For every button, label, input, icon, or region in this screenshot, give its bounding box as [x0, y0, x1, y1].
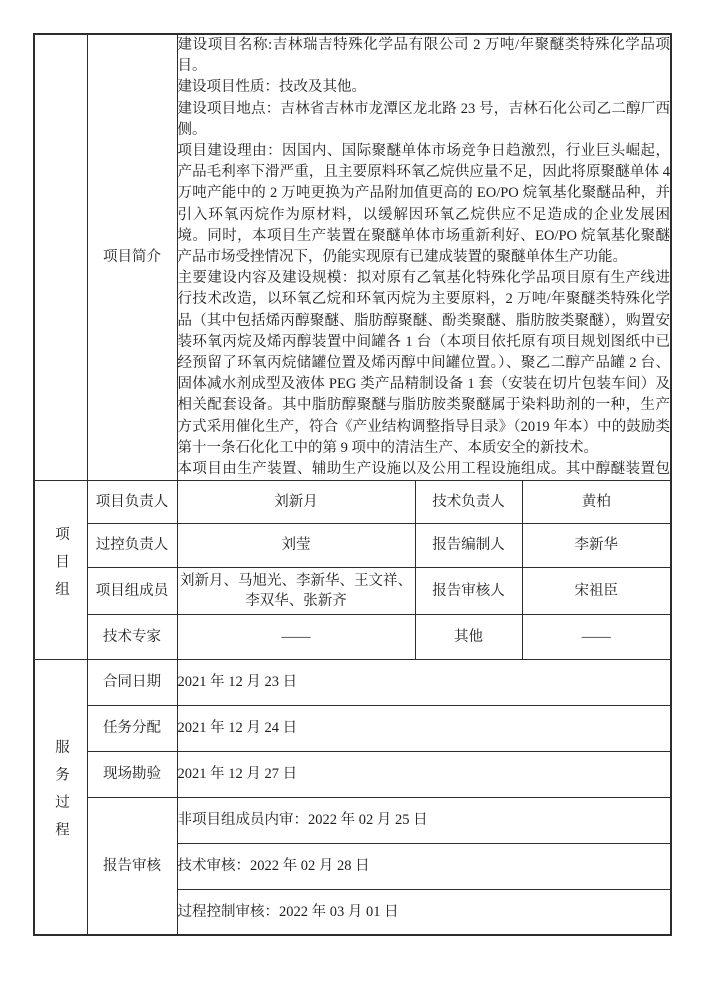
brief-paragraph-construction-scope: 主要建设内容及建设规模：拟对原有乙氧基化特殊化学品项目原有生产线进行技术改造，以…	[178, 268, 671, 459]
team-label-report-reviewer: 报告审核人	[415, 567, 522, 614]
service-row-review-internal: 报告审核 非项目组成员内审：2022 年 02 月 25 日	[34, 797, 671, 843]
service-label-report-review: 报告审核	[87, 797, 177, 935]
brief-label: 项目简介	[103, 249, 161, 265]
team-value-process-control-leader: 刘莹	[177, 523, 415, 567]
team-side-label: 项目组	[54, 526, 69, 609]
brief-row: 项目简介 建设项目名称:吉林瑞吉特殊化学品有限公司 2 万吨/年聚醚类特殊化学品…	[34, 34, 671, 480]
service-value-contract-date: 2021 年 12 月 23 日	[177, 659, 671, 705]
brief-content-cell: 建设项目名称:吉林瑞吉特殊化学品有限公司 2 万吨/年聚醚类特殊化学品项目。 建…	[177, 34, 671, 480]
team-side-cell: 项目组	[34, 480, 87, 659]
brief-side-cell	[34, 34, 87, 480]
brief-paragraph-project-location: 建设项目地点：吉林省吉林市龙潭区龙北路 23 号，吉林石化公司乙二醇厂西侧。	[178, 99, 671, 141]
service-label-task-assignment: 任务分配	[87, 705, 177, 751]
team-label-members: 项目组成员	[87, 567, 177, 614]
service-label-contract-date: 合同日期	[87, 659, 177, 705]
service-value-internal-review: 非项目组成员内审：2022 年 02 月 25 日	[177, 797, 671, 843]
team-label-technical-leader: 技术负责人	[415, 480, 522, 523]
team-label-other: 其他	[415, 614, 522, 659]
document-page: 项目简介 建设项目名称:吉林瑞吉特殊化学品有限公司 2 万吨/年聚醚类特殊化学品…	[0, 0, 703, 994]
service-row-task-assignment: 任务分配 2021 年 12 月 24 日	[34, 705, 671, 751]
team-label-report-writer: 报告编制人	[415, 523, 522, 567]
brief-paragraph-project-name: 建设项目名称:吉林瑞吉特殊化学品有限公司 2 万吨/年聚醚类特殊化学品项目。	[178, 35, 671, 77]
team-value-members: 刘新月、马旭光、李新华、王文祥、李双华、张新齐	[177, 567, 415, 614]
team-row-4: 技术专家 —— 其他 ——	[34, 614, 671, 659]
service-side-label: 服务过程	[54, 739, 69, 849]
service-value-site-survey: 2021 年 12 月 27 日	[177, 751, 671, 797]
team-row-3: 项目组成员 刘新月、马旭光、李新华、王文祥、李双华、张新齐 报告审核人 宋祖臣	[34, 567, 671, 614]
brief-label-cell: 项目简介	[87, 34, 177, 480]
team-row-1: 项目组 项目负责人 刘新月 技术负责人 黄柏	[34, 480, 671, 523]
service-label-site-survey: 现场勘验	[87, 751, 177, 797]
team-label-technical-expert: 技术专家	[87, 614, 177, 659]
service-side-cell: 服务过程	[34, 659, 87, 935]
service-value-task-assignment: 2021 年 12 月 24 日	[177, 705, 671, 751]
brief-paragraph-project-nature: 建设项目性质：技改及其他。	[178, 77, 671, 98]
brief-paragraph-project-reason: 项目建设理由：因国内、国际聚醚单体市场竞争日趋激烈，行业巨头崛起，产品毛利率下滑…	[178, 141, 671, 268]
brief-paragraph-facility-composition: 本项目由生产装置、辅助生产设施以及公用工程设施组成。其中醇醚装置包含中间体生产单…	[178, 459, 671, 475]
service-value-technical-review: 技术审核：2022 年 02 月 28 日	[177, 843, 671, 889]
team-label-project-leader: 项目负责人	[87, 480, 177, 523]
team-value-report-writer: 李新华	[522, 523, 671, 567]
service-row-site-survey: 现场勘验 2021 年 12 月 27 日	[34, 751, 671, 797]
project-info-table: 项目简介 建设项目名称:吉林瑞吉特殊化学品有限公司 2 万吨/年聚醚类特殊化学品…	[33, 33, 672, 936]
team-value-other: ——	[522, 614, 671, 659]
team-label-process-control-leader: 过控负责人	[87, 523, 177, 567]
team-value-technical-expert: ——	[177, 614, 415, 659]
team-value-project-leader: 刘新月	[177, 480, 415, 523]
team-row-2: 过控负责人 刘莹 报告编制人 李新华	[34, 523, 671, 567]
service-row-contract-date: 服务过程 合同日期 2021 年 12 月 23 日	[34, 659, 671, 705]
team-value-report-reviewer: 宋祖臣	[522, 567, 671, 614]
team-value-technical-leader: 黄柏	[522, 480, 671, 523]
service-value-process-control-review: 过程控制审核：2022 年 03 月 01 日	[177, 889, 671, 935]
brief-content: 建设项目名称:吉林瑞吉特殊化学品有限公司 2 万吨/年聚醚类特殊化学品项目。 建…	[178, 35, 671, 475]
